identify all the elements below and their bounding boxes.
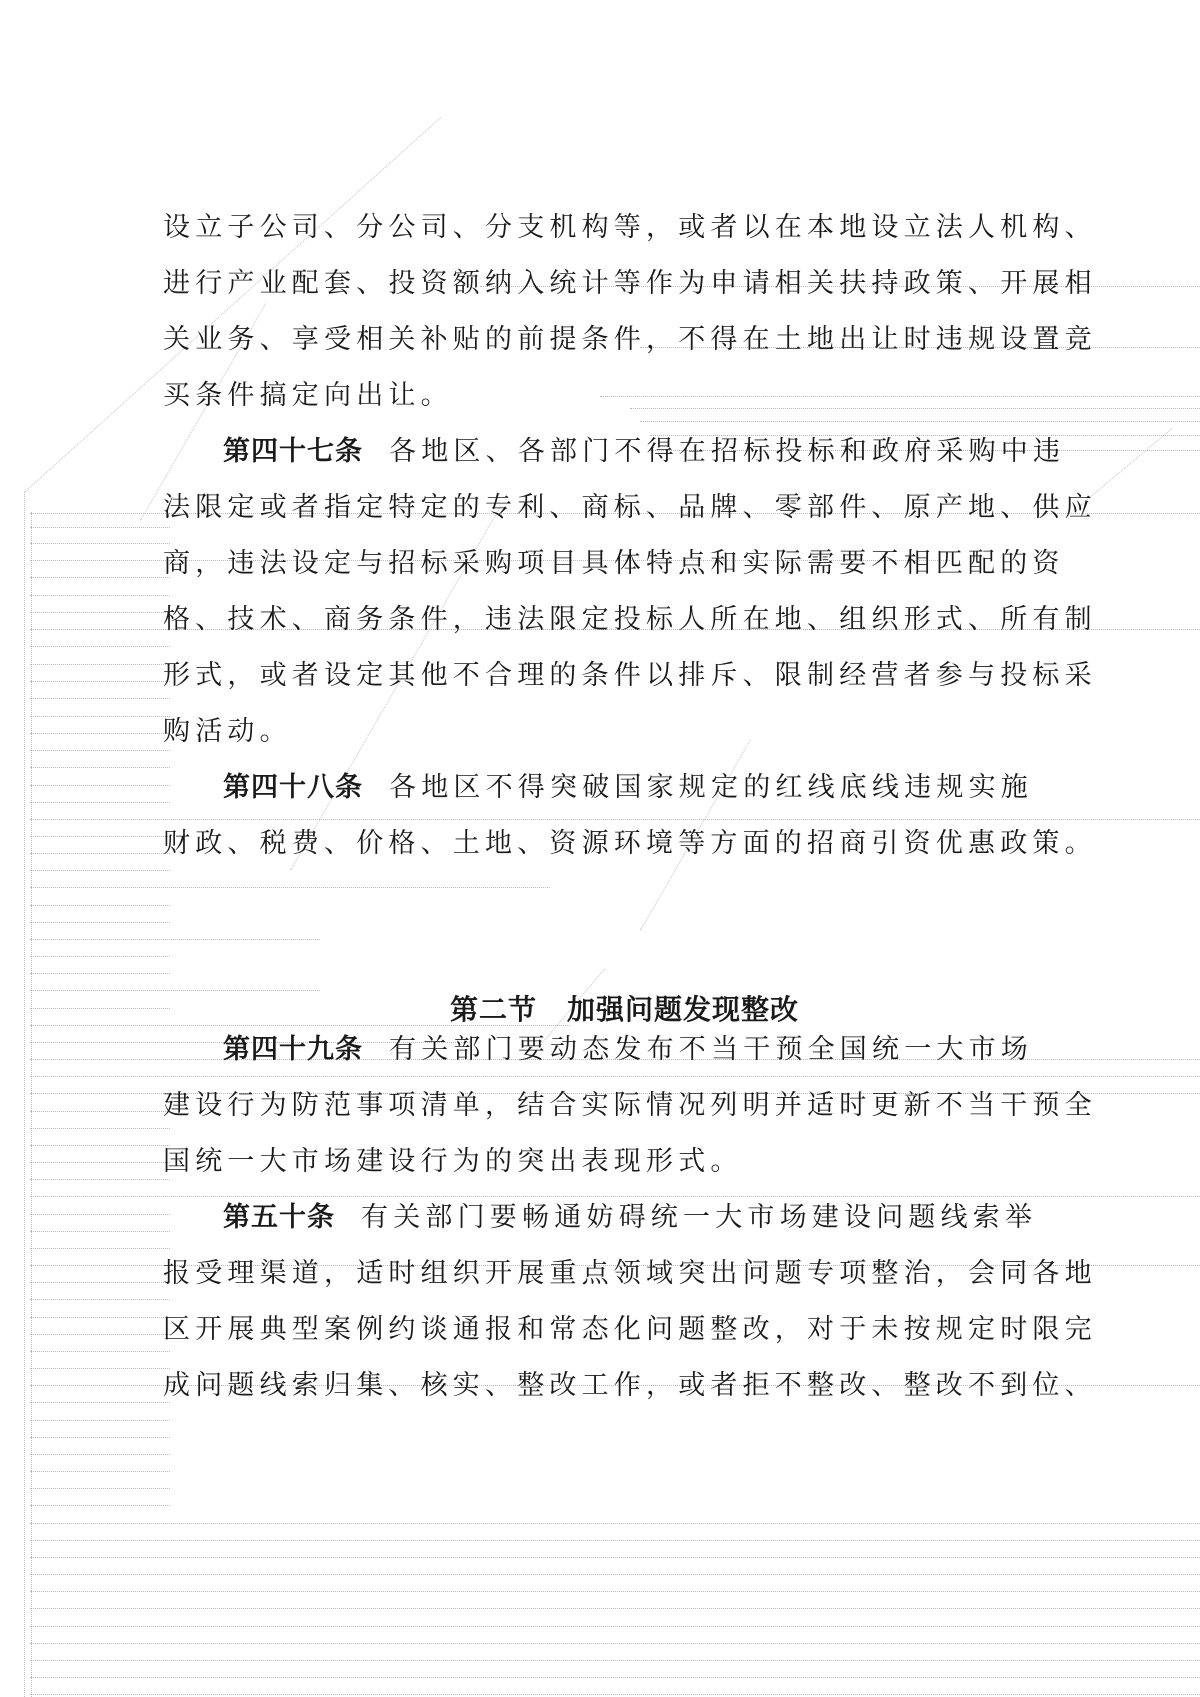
text-line: 有关部门要动态发布不当干预全国统一大市场 (389, 1034, 1033, 1065)
article-label: 第四十九条 (223, 1034, 363, 1065)
text-line: 关业务、享受相关补贴的前提条件，不得在土地出让时违规设置竞 (163, 320, 1097, 360)
text-line: 各地区不得突破国家规定的红线底线违规实施 (389, 772, 1033, 803)
text-line: 进行产业配套、投资额纳入统计等作为申请相关扶持政策、开展相 (163, 264, 1097, 304)
section-title: 加强问题发现整改 (567, 993, 799, 1026)
text-line: 各地区、各部门不得在招标投标和政府采购中违 (389, 436, 1065, 467)
text-line: 区开展典型案例约谈通报和常态化问题整改，对于未按规定时限完 (163, 1310, 1097, 1350)
text-line: 买条件搞定向出让。 (163, 376, 453, 416)
text-line: 报受理渠道，适时组织开展重点领域突出问题专项整治，会同各地 (163, 1254, 1097, 1294)
text-line: 购活动。 (163, 712, 292, 752)
text-line: 形式，或者设定其他不合理的条件以排斥、限制经营者参与投标采 (163, 656, 1097, 696)
text-line: 法限定或者指定特定的专利、商标、品牌、零部件、原产地、供应 (163, 488, 1097, 528)
scan-artifact-vertical-dots (31, 512, 32, 1697)
text-line: 格、技术、商务条件，违法限定投标人所在地、组织形式、所有制 (163, 600, 1097, 640)
text-line: 商，违法设定与招标采购项目具体特点和实际需要不相匹配的资 (163, 544, 1065, 584)
scan-artifact-vertical-dots (24, 492, 25, 1697)
text-line: 有关部门要畅通妨碍统一大市场建设问题线索举 (361, 1202, 1037, 1233)
article-label: 第四十七条 (223, 436, 363, 467)
section-heading: 第二节加强问题发现整改 (450, 988, 799, 1028)
text-line: 建设行为防范事项清单，结合实际情况列明并适时更新不当干预全 (163, 1086, 1097, 1126)
text-line: 成问题线索归集、核实、整改工作，或者拒不整改、整改不到位、 (163, 1366, 1097, 1406)
text-line: 国统一大市场建设行为的突出表现形式。 (163, 1142, 743, 1182)
article-label: 第五十条 (223, 1202, 335, 1233)
article-first-line: 第四十九条有关部门要动态发布不当干预全国统一大市场 (223, 1030, 1033, 1070)
article-first-line: 第四十八条各地区不得突破国家规定的红线底线违规实施 (223, 768, 1033, 808)
text-line: 设立子公司、分公司、分支机构等，或者以在本地设立法人机构、 (163, 208, 1097, 248)
section-number: 第二节 (450, 993, 537, 1026)
article-label: 第四十八条 (223, 772, 363, 803)
article-first-line: 第四十七条各地区、各部门不得在招标投标和政府采购中违 (223, 432, 1065, 472)
article-first-line: 第五十条有关部门要畅通妨碍统一大市场建设问题线索举 (223, 1198, 1037, 1238)
text-line: 财政、税费、价格、土地、资源环境等方面的招商引资优惠政策。 (163, 824, 1097, 864)
